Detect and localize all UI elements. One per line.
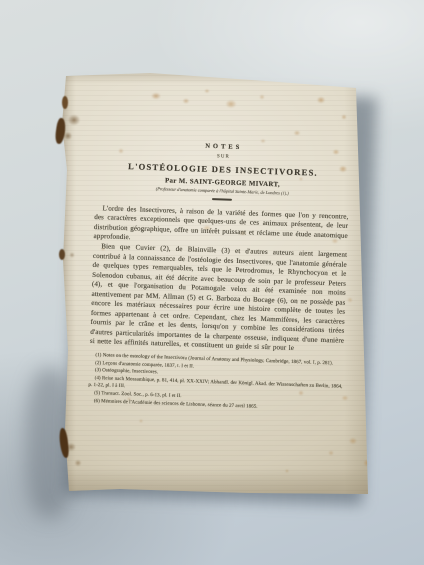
body-paragraph: Bien que Cuvier (2), de Blainville (3) e… [90,242,348,356]
footnotes: (1) Notes on the osteology of the Insect… [88,352,344,414]
binding-debris [62,96,68,109]
body-text: L'ordre des Insectivores, à raison de la… [90,204,349,356]
ornamental-rule [212,198,232,200]
photo-of-pamphlet: NOTES SUR L'OSTÉOLOGIE DES INSECTIVORES.… [0,0,424,565]
binding-debris [59,249,65,260]
printed-text-block: NOTES SUR L'OSTÉOLOGIE DES INSECTIVORES.… [88,139,351,414]
